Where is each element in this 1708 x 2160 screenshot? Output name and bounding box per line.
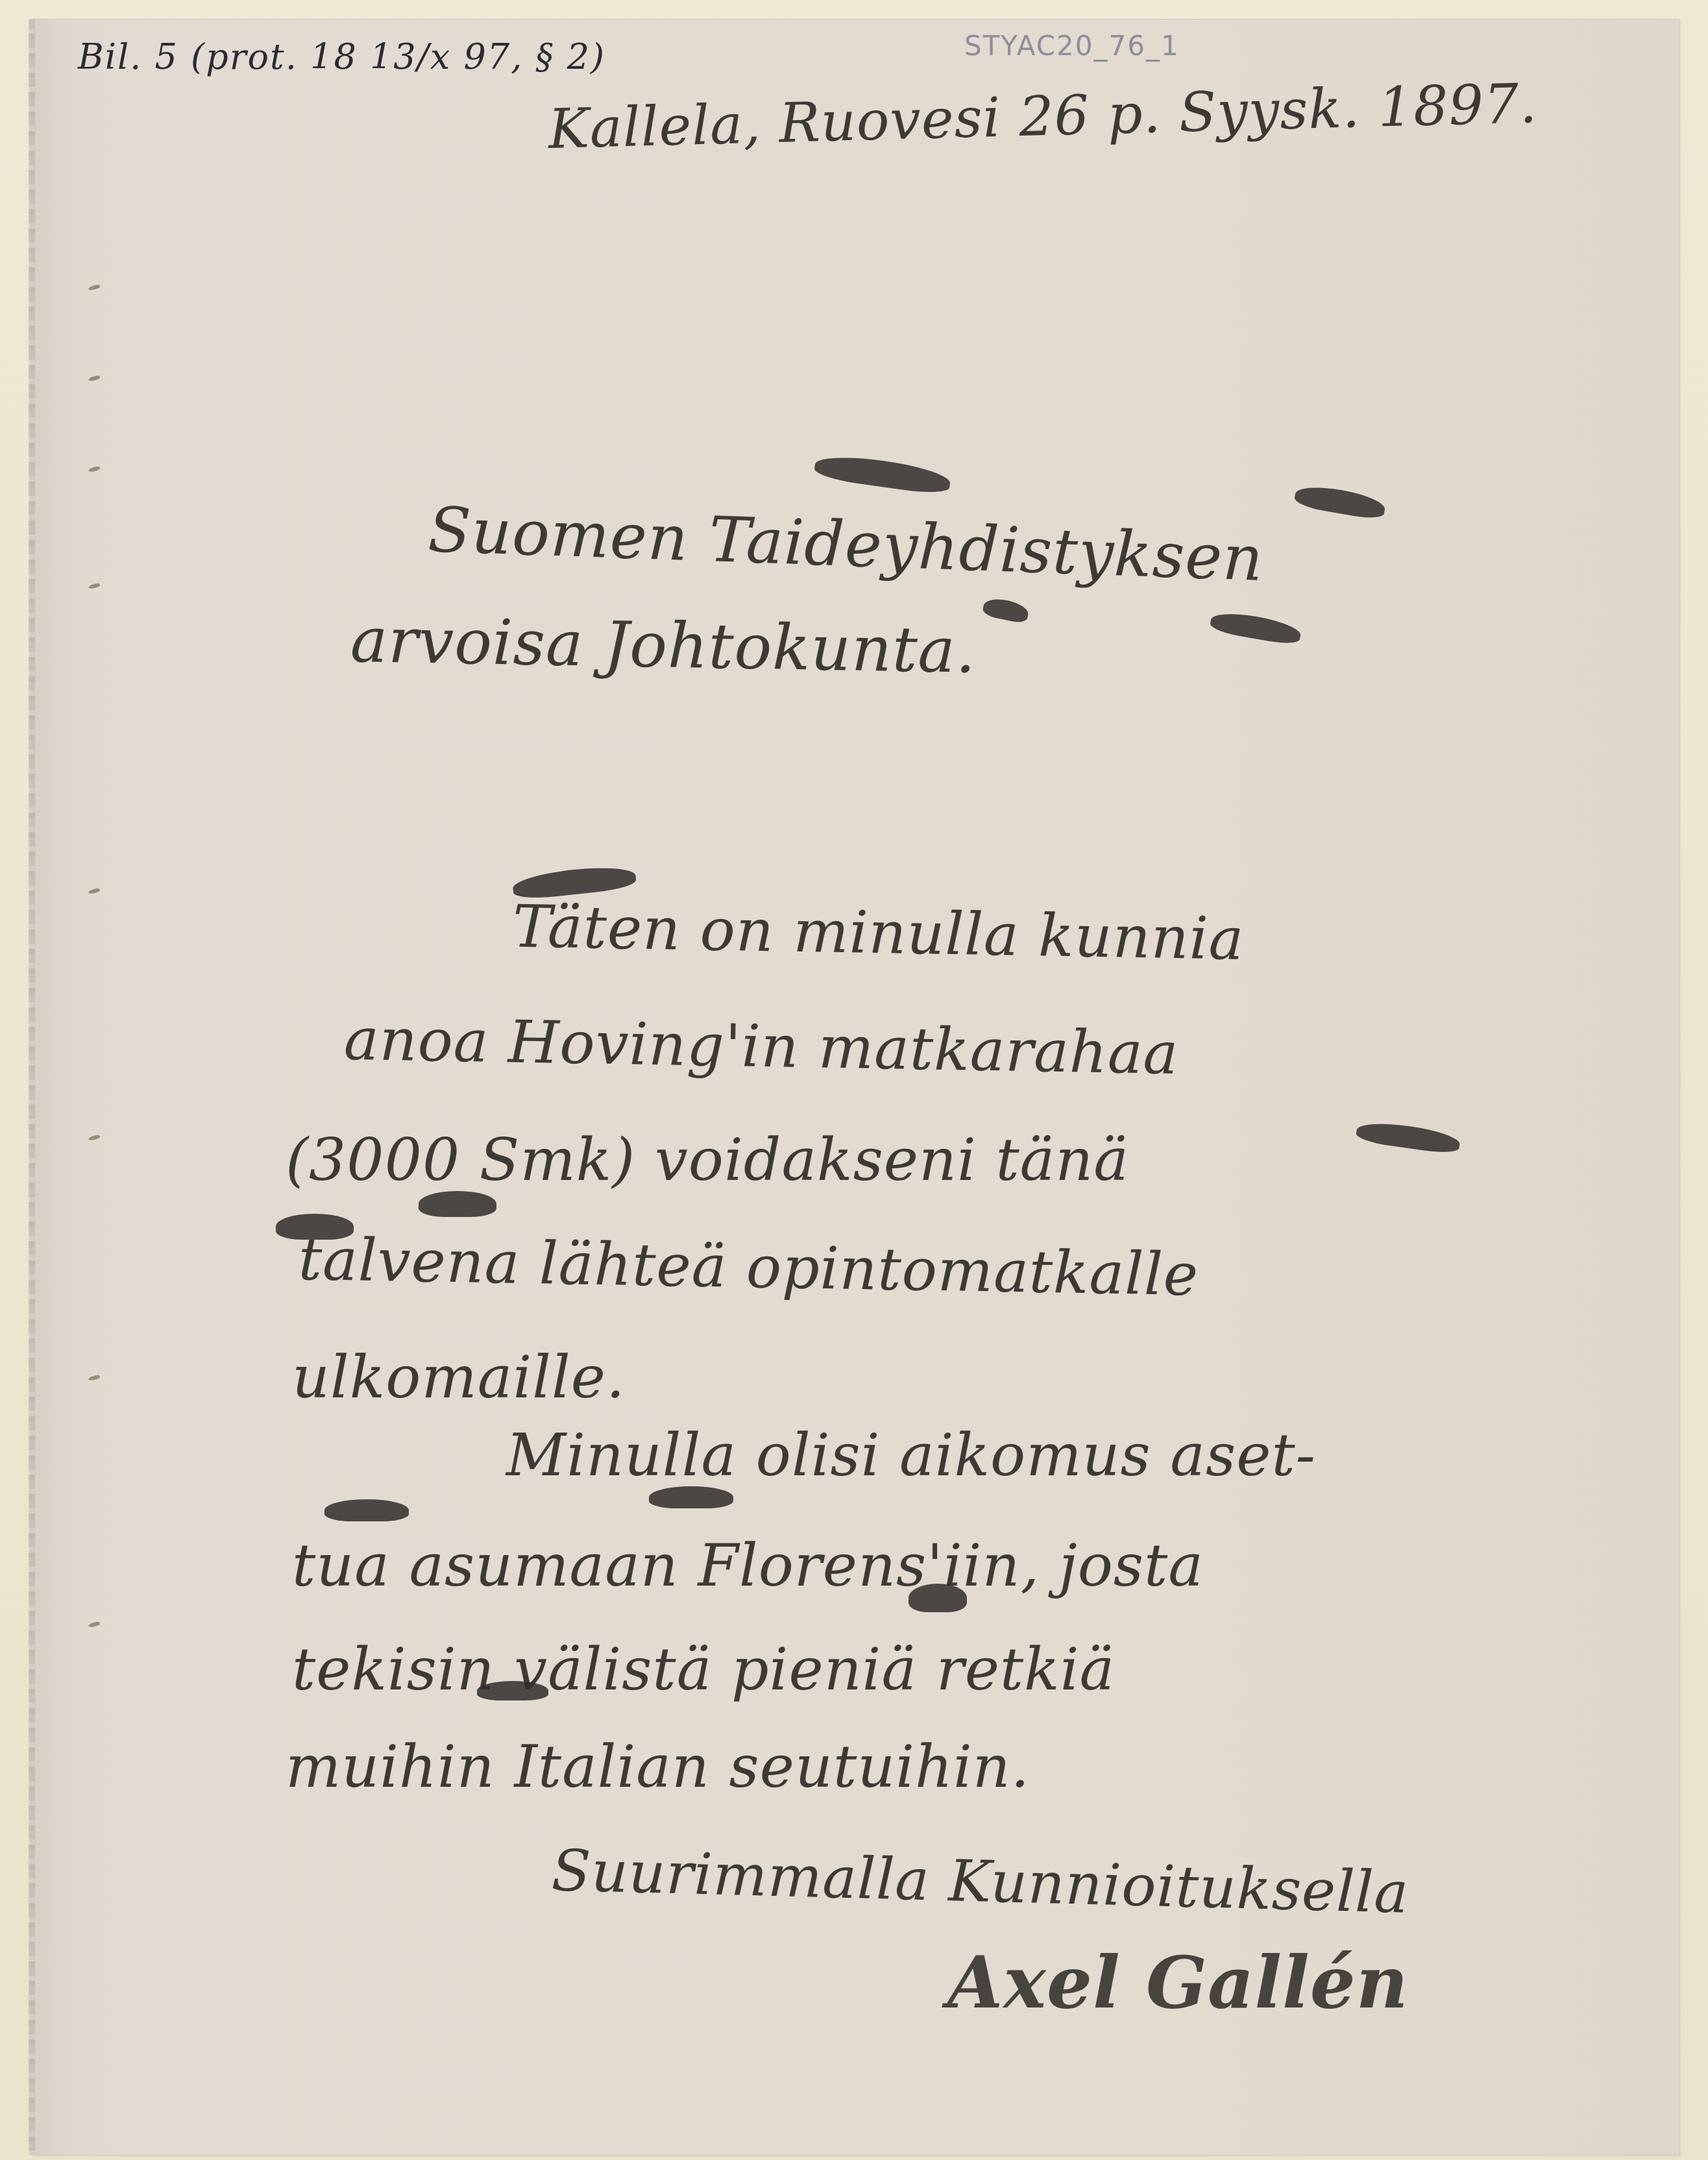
ink-stroke-decoration	[477, 1681, 548, 1700]
ink-stroke-decoration	[324, 1499, 409, 1521]
punch-hole	[88, 582, 101, 589]
ink-stroke-decoration	[419, 1191, 496, 1217]
body-line: tekisin välistä pieniä retkiä	[292, 1636, 1115, 1704]
punch-hole	[88, 887, 101, 894]
body-line: ulkomaille.	[292, 1344, 626, 1412]
body-line: tua asumaan Florens'iin, josta	[292, 1532, 1204, 1600]
body-line: Minulla olisi aikomus aset-	[506, 1421, 1316, 1490]
signature: Axel Gallén	[947, 1941, 1409, 2024]
punch-hole	[88, 374, 101, 382]
body-line: anoa Hoving'in matkarahaa	[343, 1005, 1179, 1088]
ink-stroke-decoration	[649, 1486, 733, 1508]
punch-hole	[88, 465, 101, 472]
ink-stroke-decoration	[909, 1584, 967, 1612]
archival-annotation: Bil. 5 (prot. 18 13/x 97, § 2)	[78, 36, 605, 77]
punch-hole	[88, 1134, 101, 1141]
archive-id-label: STYAC20_76_1	[964, 30, 1180, 62]
body-line: Täten on minulla kunnia	[512, 892, 1245, 974]
ink-stroke-decoration	[276, 1214, 354, 1240]
punch-hole	[88, 1621, 101, 1628]
torn-left-edge	[29, 19, 35, 2155]
body-line: (3000 Smk) voidakseni tänä	[286, 1126, 1129, 1194]
letter-sheet	[31, 19, 1679, 2155]
addressee-line-2: arvoisa Johtokunta.	[350, 604, 977, 687]
body-line: muihin Italian seutuihin.	[286, 1733, 1030, 1801]
punch-hole	[88, 284, 101, 291]
punch-hole	[88, 1374, 101, 1381]
